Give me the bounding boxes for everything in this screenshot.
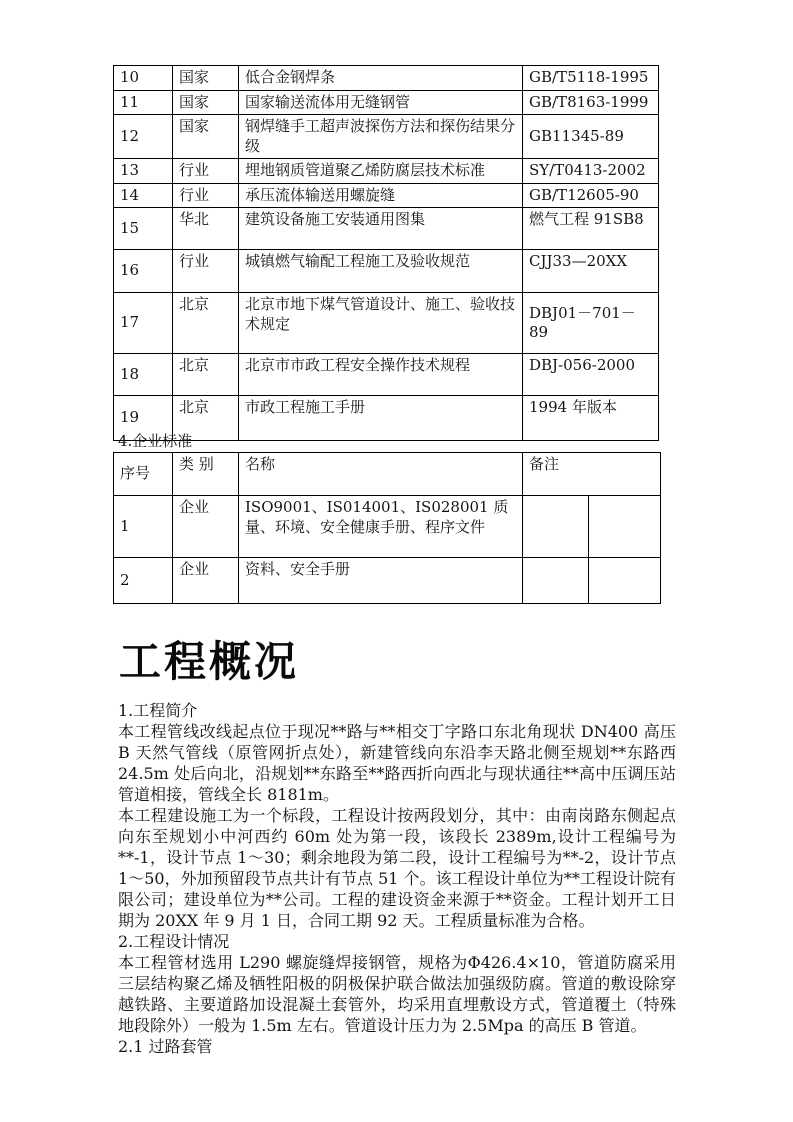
cell-category: 华北 [173,208,239,250]
cell-category: 国家 [173,115,239,159]
cell-seq: 18 [114,354,173,396]
table-row: 19北京市政工程施工手册1994 年版本 [114,396,659,441]
cell-seq: 11 [114,90,173,115]
subheading-crossing-casing: 2.1 过路套管 [118,1036,676,1057]
cell-category: 国家 [173,90,239,115]
cell-standard-name: 城镇燃气输配工程施工及验收规范 [239,250,523,293]
cell-category: 国家 [173,66,239,91]
cell-standard-name: 国家输送流体用无缝钢管 [239,90,523,115]
enterprise-table-body: 1企业ISO9001、IS014001、IS028001 质量、环境、安全健康手… [114,496,661,604]
paragraph-design-info: 本工程管材选用 L290 螺旋缝焊接钢管，规格为Φ426.4×10，管道防腐采用… [118,952,676,1036]
cell-note [523,496,589,558]
cell-standard-name: 低合金钢焊条 [239,66,523,91]
cell-note [523,558,589,604]
cell-seq: 1 [114,496,173,558]
cell-doc-name: 资料、安全手册 [239,558,523,604]
cell-standard-code: GB/T5118-1995 [523,66,659,91]
table-row: 2企业资料、安全手册 [114,558,661,604]
cell-standard-code: 燃气工程 91SB8 [523,208,659,250]
page-title: 工程概况 [119,634,299,690]
cell-standard-code: DBJ-056-2000 [523,354,659,396]
cell-seq: 10 [114,66,173,91]
table-row: 12国家钢焊缝手工超声波探伤方法和探伤结果分级GB11345-89 [114,115,659,159]
cell-standard-name: 北京市地下煤气管道设计、施工、验收技术规定 [239,293,523,354]
cell-doc-name: ISO9001、IS014001、IS028001 质量、环境、安全健康手册、程… [239,496,523,558]
table-row: 17北京北京市地下煤气管道设计、施工、验收技术规定DBJ01－701－89 [114,293,659,354]
header-seq: 序号 [114,453,173,496]
cell-standard-name: 埋地钢质管道聚乙烯防腐层技术标准 [239,159,523,184]
cell-seq: 13 [114,159,173,184]
cell-standard-code: GB/T12605-90 [523,183,659,208]
cell-seq: 15 [114,208,173,250]
cell-seq: 2 [114,558,173,604]
table-row: 14行业承压流体输送用螺旋缝GB/T12605-90 [114,183,659,208]
standards-table: 10国家低合金钢焊条GB/T5118-199511国家国家输送流体用无缝钢管GB… [113,65,659,441]
table-row: 18北京北京市市政工程安全操作技术规程DBJ-056-2000 [114,354,659,396]
cell-standard-code: CJJ33—20XX [523,250,659,293]
table-row: 15华北建筑设备施工安装通用图集燃气工程 91SB8 [114,208,659,250]
subheading-design-info: 2.工程设计情况 [118,931,676,952]
table-row: 16行业城镇燃气输配工程施工及验收规范CJJ33—20XX [114,250,659,293]
cell-note [589,558,661,604]
body-text: 1.工程简介 本工程管线改线起点位于现况**路与**相交丁字路口东北角现状 DN… [118,700,676,1057]
cell-note [589,496,661,558]
cell-standard-code: DBJ01－701－89 [523,293,659,354]
section4-label: 4.企业标准 [118,430,192,452]
paragraph-project-intro-2: 本工程建设施工为一个标段，工程设计按两段划分，其中：由南岗路东侧起点向东至规划小… [118,805,676,931]
cell-standard-name: 北京市市政工程安全操作技术规程 [239,354,523,396]
cell-standard-code: GB/T8163-1999 [523,90,659,115]
standards-table-body: 10国家低合金钢焊条GB/T5118-199511国家国家输送流体用无缝钢管GB… [114,66,659,441]
header-name: 名称 [239,453,523,496]
cell-standard-name: 承压流体输送用螺旋缝 [239,183,523,208]
cell-category: 企业 [173,558,239,604]
subheading-project-intro: 1.工程简介 [118,700,676,721]
cell-standard-name: 建筑设备施工安装通用图集 [239,208,523,250]
cell-seq: 14 [114,183,173,208]
enterprise-standards-table: 序号 类 别 名称 备注 1企业ISO9001、IS014001、IS02800… [113,452,661,604]
table-header-row: 序号 类 别 名称 备注 [114,453,661,496]
table-row: 10国家低合金钢焊条GB/T5118-1995 [114,66,659,91]
cell-standard-code: 1994 年版本 [523,396,659,441]
paragraph-project-intro-1: 本工程管线改线起点位于现况**路与**相交丁字路口东北角现状 DN400 高压 … [118,721,676,805]
cell-standard-code: GB11345-89 [523,115,659,159]
cell-category: 行业 [173,159,239,184]
table-row: 13行业埋地钢质管道聚乙烯防腐层技术标准SY/T0413-2002 [114,159,659,184]
cell-seq: 16 [114,250,173,293]
cell-category: 企业 [173,496,239,558]
cell-standard-name: 市政工程施工手册 [239,396,523,441]
cell-category: 行业 [173,250,239,293]
table-row: 11国家国家输送流体用无缝钢管GB/T8163-1999 [114,90,659,115]
header-note: 备注 [523,453,661,496]
cell-category: 北京 [173,293,239,354]
cell-standard-name: 钢焊缝手工超声波探伤方法和探伤结果分级 [239,115,523,159]
table-row: 1企业ISO9001、IS014001、IS028001 质量、环境、安全健康手… [114,496,661,558]
cell-category: 行业 [173,183,239,208]
cell-category: 北京 [173,354,239,396]
cell-seq: 12 [114,115,173,159]
cell-seq: 17 [114,293,173,354]
cell-standard-code: SY/T0413-2002 [523,159,659,184]
header-category: 类 别 [173,453,239,496]
